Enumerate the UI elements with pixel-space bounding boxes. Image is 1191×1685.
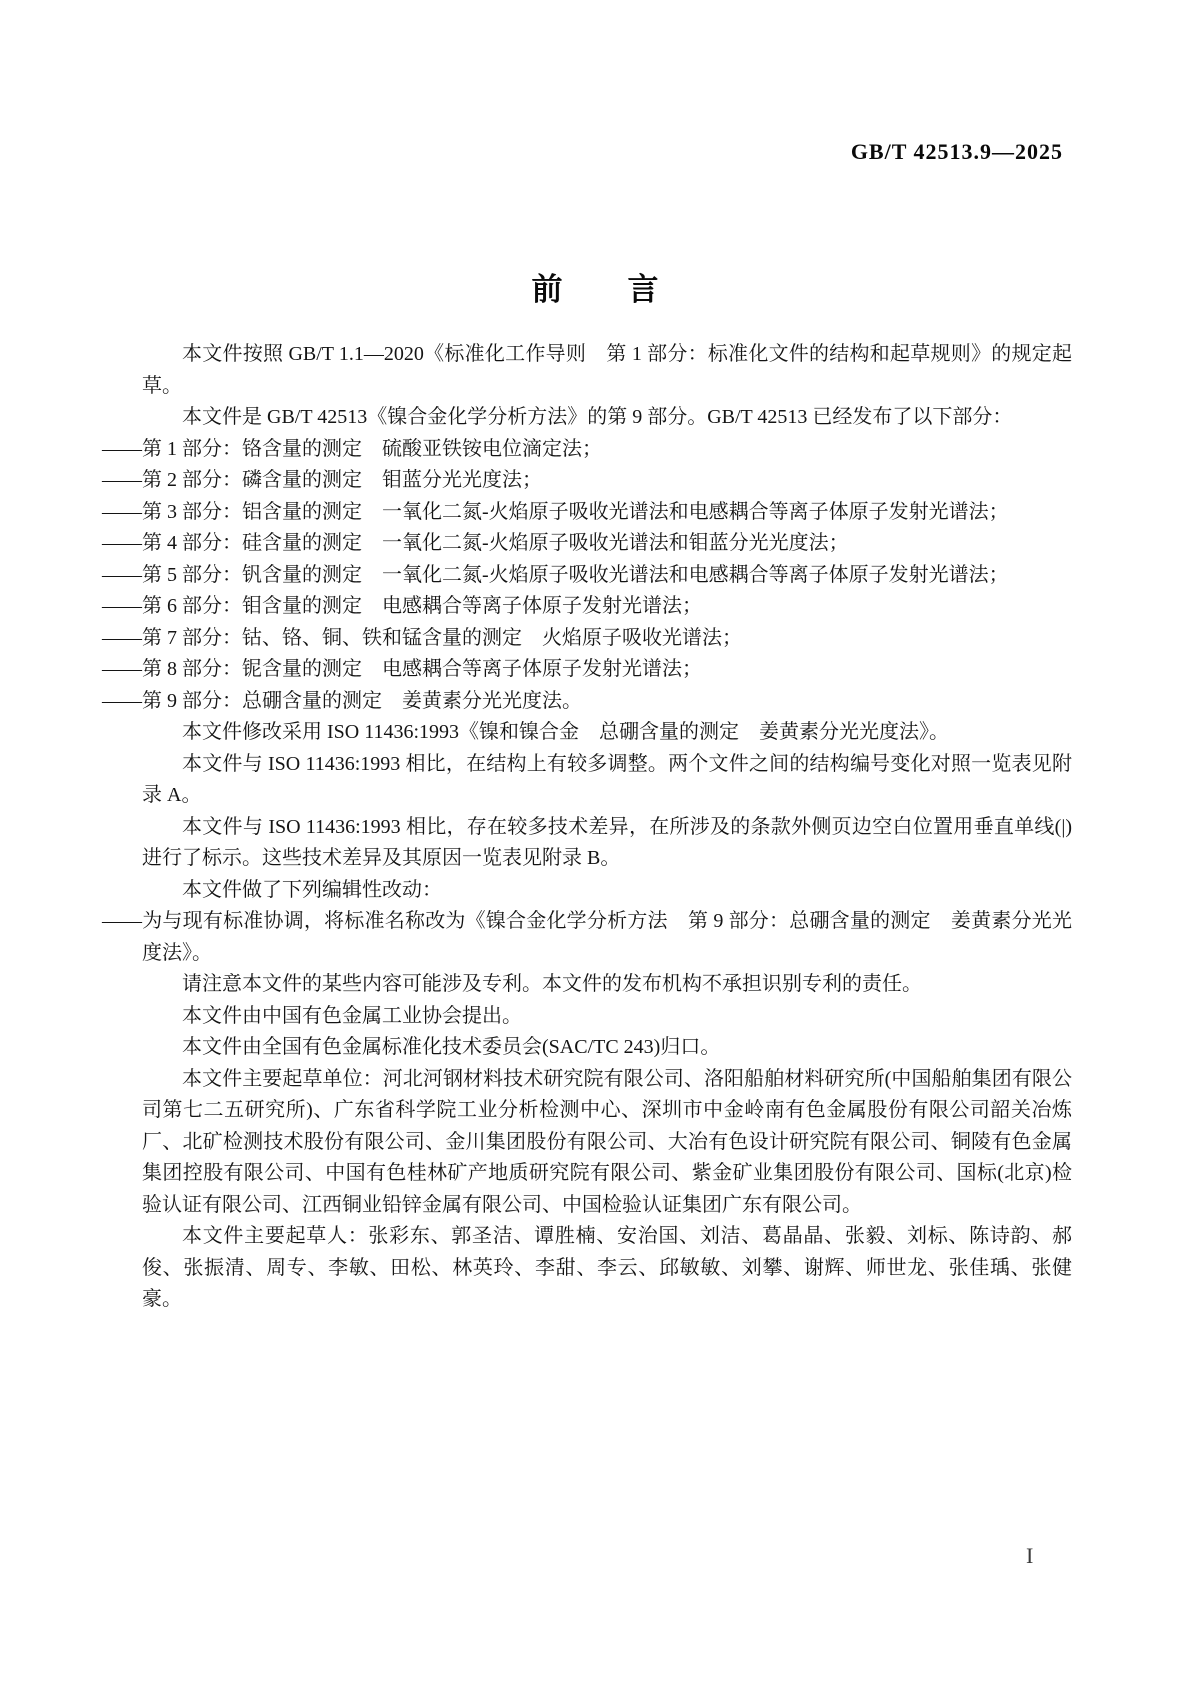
- paragraph: 本文件与 ISO 11436:1993 相比，存在较多技术差异，在所涉及的条款外…: [142, 812, 1072, 875]
- paragraph: 本文件按照 GB/T 1.1—2020《标准化工作导则 第 1 部分：标准化文件…: [142, 339, 1072, 402]
- paragraph: 本文件是 GB/T 42513《镍合金化学分析方法》的第 9 部分。GB/T 4…: [142, 402, 1072, 434]
- paragraph: ——为与现有标准协调，将标准名称改为《镍合金化学分析方法 第 9 部分：总硼含量…: [142, 906, 1072, 969]
- paragraph: ——第 6 部分：钼含量的测定 电感耦合等离子体原子发射光谱法；: [142, 591, 1072, 623]
- paragraph: 本文件与 ISO 11436:1993 相比，在结构上有较多调整。两个文件之间的…: [142, 749, 1072, 812]
- paragraph: 本文件主要起草单位：河北河钢材料技术研究院有限公司、洛阳船舶材料研究所(中国船舶…: [142, 1064, 1072, 1222]
- paragraph: 请注意本文件的某些内容可能涉及专利。本文件的发布机构不承担识别专利的责任。: [142, 969, 1072, 1001]
- paragraph: ——第 7 部分：钴、铬、铜、铁和锰含量的测定 火焰原子吸收光谱法；: [142, 623, 1072, 655]
- paragraph: ——第 1 部分：铬含量的测定 硫酸亚铁铵电位滴定法；: [142, 434, 1072, 466]
- paragraph: ——第 8 部分：铌含量的测定 电感耦合等离子体原子发射光谱法；: [142, 654, 1072, 686]
- paragraph: ——第 2 部分：磷含量的测定 钼蓝分光光度法；: [142, 465, 1072, 497]
- paragraph: 本文件做了下列编辑性改动：: [142, 875, 1072, 907]
- paragraph: 本文件修改采用 ISO 11436:1993《镍和镍合金 总硼含量的测定 姜黄素…: [142, 717, 1072, 749]
- paragraph: ——第 9 部分：总硼含量的测定 姜黄素分光光度法。: [142, 686, 1072, 718]
- paragraph: 本文件由中国有色金属工业协会提出。: [142, 1001, 1072, 1033]
- standard-document-page: GB/T 42513.9—2025 前 言 本文件按照 GB/T 1.1—202…: [0, 0, 1191, 1685]
- standard-code: GB/T 42513.9—2025: [851, 139, 1063, 165]
- paragraph: ——第 4 部分：硅含量的测定 一氧化二氮-火焰原子吸收光谱法和钼蓝分光光度法；: [142, 528, 1072, 560]
- paragraph: ——第 5 部分：钒含量的测定 一氧化二氮-火焰原子吸收光谱法和电感耦合等离子体…: [142, 560, 1072, 592]
- paragraph: 本文件由全国有色金属标准化技术委员会(SAC/TC 243)归口。: [142, 1032, 1072, 1064]
- foreword-title: 前 言: [0, 264, 1191, 309]
- foreword-paragraphs: 本文件按照 GB/T 1.1—2020《标准化工作导则 第 1 部分：标准化文件…: [142, 339, 1072, 1316]
- page-number: I: [1026, 1543, 1033, 1569]
- paragraph: 本文件主要起草人：张彩东、郭圣洁、谭胜楠、安治国、刘洁、葛晶晶、张毅、刘标、陈诗…: [142, 1221, 1072, 1316]
- paragraph: ——第 3 部分：铝含量的测定 一氧化二氮-火焰原子吸收光谱法和电感耦合等离子体…: [142, 497, 1072, 529]
